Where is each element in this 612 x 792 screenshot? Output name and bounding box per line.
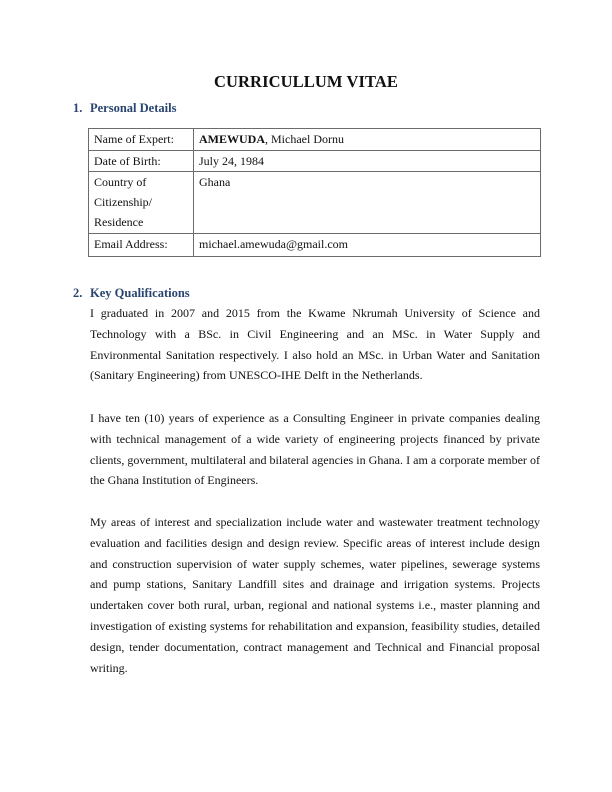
row-value-email: michael.amewuda@gmail.com xyxy=(194,234,541,257)
row-label: Name of Expert: xyxy=(89,129,194,151)
table-row: Email Address: michael.amewuda@gmail.com xyxy=(89,234,541,257)
table-row: Country of Citizenship/ Residence Ghana xyxy=(89,172,541,234)
paragraph-education: I graduated in 2007 and 2015 from the Kw… xyxy=(90,303,540,386)
document-title: CURRICULLUM VITAE xyxy=(0,72,612,92)
row-label: Email Address: xyxy=(89,234,194,257)
section-number: 2. xyxy=(73,286,90,301)
section-number: 1. xyxy=(73,101,90,116)
section-title: Key Qualifications xyxy=(90,286,190,300)
row-label-line: Country of xyxy=(94,172,188,192)
section-title: Personal Details xyxy=(90,101,176,115)
surname: AMEWUDA xyxy=(199,132,265,146)
row-value: July 24, 1984 xyxy=(194,151,541,172)
personal-details-table: Name of Expert: AMEWUDA, Michael Dornu D… xyxy=(88,128,541,257)
paragraph-experience: I have ten (10) years of experience as a… xyxy=(90,408,540,491)
table-row: Name of Expert: AMEWUDA, Michael Dornu xyxy=(89,129,541,151)
row-label: Country of Citizenship/ Residence xyxy=(89,172,194,234)
document-page: CURRICULLUM VITAE 1.Personal Details Nam… xyxy=(0,0,612,792)
section-heading-personal-details: 1.Personal Details xyxy=(73,101,176,116)
row-value: Ghana xyxy=(194,172,541,234)
row-label-line: Residence xyxy=(94,212,188,232)
row-value: AMEWUDA, Michael Dornu xyxy=(194,129,541,151)
row-label-line: Citizenship/ xyxy=(94,192,188,212)
row-label: Date of Birth: xyxy=(89,151,194,172)
paragraph-specialization: My areas of interest and specialization … xyxy=(90,512,540,678)
section-heading-key-qualifications: 2.Key Qualifications xyxy=(73,286,190,301)
given-names: , Michael Dornu xyxy=(265,132,344,146)
table-row: Date of Birth: July 24, 1984 xyxy=(89,151,541,172)
